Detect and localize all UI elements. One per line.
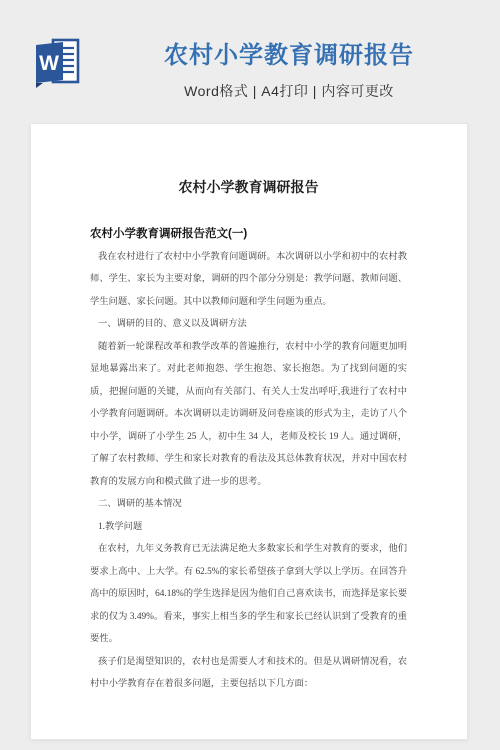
svg-text:W: W	[39, 52, 59, 75]
word-icon-graphic: W	[32, 36, 82, 88]
site-header: W 农村小学教育调研报告 Word格式 | A4打印 | 内容可更改	[0, 0, 500, 123]
document-body: 农村小学教育调研报告范文(一) 我在农村进行了农村中小学教育问题调研。本次调研以…	[90, 223, 407, 696]
word-icon: W	[32, 36, 82, 88]
document-subheading: 一、调研的目的、意义以及调研方法	[90, 313, 407, 336]
page-background: W 农村小学教育调研报告 Word格式 | A4打印 | 内容可更改 农村小学教…	[0, 0, 500, 750]
document-page: 农村小学教育调研报告 农村小学教育调研报告范文(一) 我在农村进行了农村中小学教…	[30, 123, 468, 740]
document-paragraph: 孩子们是渴望知识的，农村也是需要人才和技术的。但是从调研情况看，农村中小学教育存…	[90, 651, 407, 696]
document-paragraph: 我在农村进行了农村中小学教育问题调研。本次调研以小学和初中的农村教师、学生、家长…	[90, 246, 407, 314]
document-subheading: 二、调研的基本情况	[90, 493, 407, 516]
document-subheading: 1.教学问题	[90, 516, 407, 539]
document-title: 农村小学教育调研报告	[90, 179, 407, 199]
document-paragraph: 随着新一轮课程改革和教学改革的普遍推行，农村中小学的教育问题更加明显地暴露出来了…	[90, 336, 407, 494]
template-subtitle: Word格式 | A4打印 | 内容可更改	[82, 81, 496, 101]
document-section-heading: 农村小学教育调研报告范文(一)	[90, 223, 407, 246]
document-paragraph: 在农村，九年义务教育已无法满足绝大多数家长和学生对教育的要求，他们要求上高中、上…	[90, 538, 407, 651]
template-title: 农村小学教育调研报告	[82, 41, 496, 71]
header-text-block: 农村小学教育调研报告 Word格式 | A4打印 | 内容可更改	[82, 41, 496, 101]
